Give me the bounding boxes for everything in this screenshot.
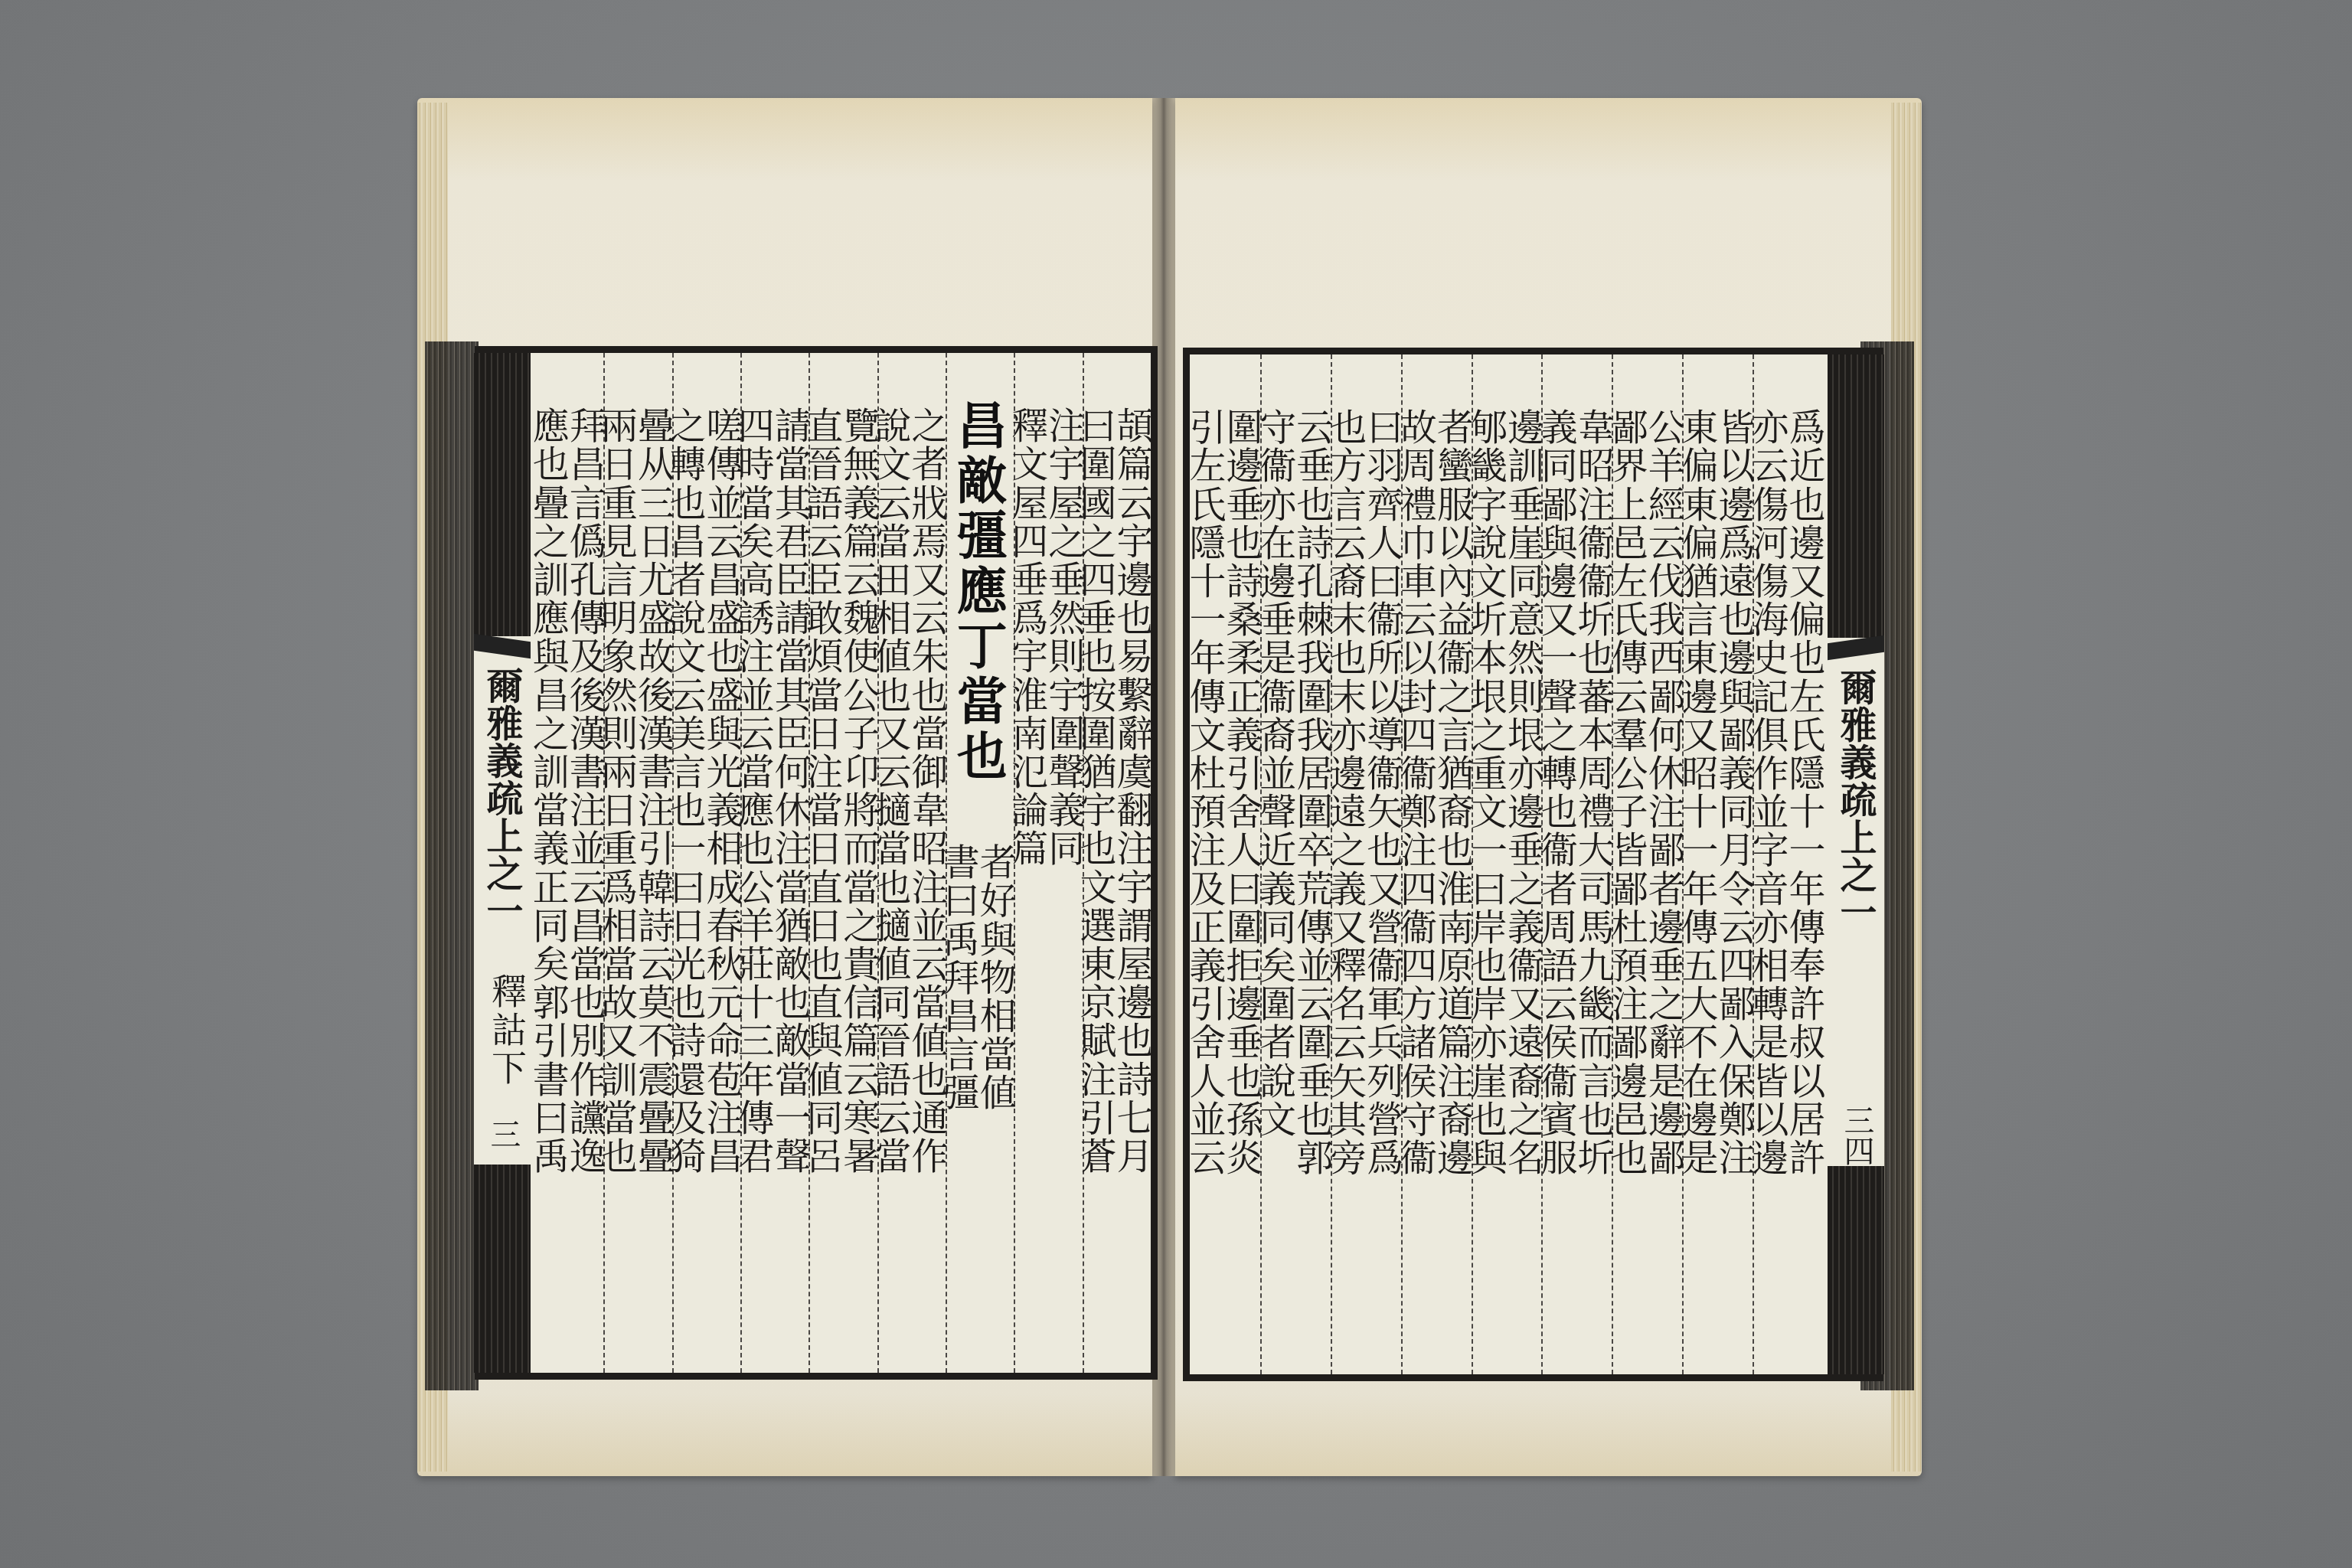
commentary-subcolumn: 拜昌言僞孔傳及後漢書注並云昌當也別作讜逸 [563,407,605,1175]
left-page: 爾雅義疏上之一 釋詁下 三 曰圍國之四垂也按圍猶宇也文選東京賦注引蒼 頡篇云宇邊… [417,98,1152,1476]
commentary-subcolumn: 之者戕焉又云朱也當御韋昭注並云當値也通作 [906,407,947,1175]
commentary-subcolumn: 注宇屋之垂然則宇圍聲義同 [1043,407,1084,867]
commentary-subcolumn: 皆以邊爲遠也邊與鄙義同月令云四鄙入保鄭注 [1713,408,1754,1177]
commentary-subcolumn: 者好與物相當値 [974,843,1015,1112]
upper-fishtail-icon [1828,635,1884,660]
commentary-subcolumn: 韋昭注衞衞圻也蕃本周禮大司馬九畿而言也圻 [1572,408,1613,1177]
lower-black-mouth [474,1165,531,1373]
commentary-subcolumn: 頡篇云宇邊也易繫辭虞翻注宇謂屋邊也詩七月 [1111,407,1152,1175]
text-column: 直晉語云臣敢煩當日注當日直日也直與値同呂 覽無義篇云魏使公子卬將而當之貴信篇云寒… [808,353,877,1373]
text-column: 應也曡之訓應與昌之訓當義正同矣郭引書曰禹 拜昌言僞孔傳及後漢書注並云昌當也別作讜… [535,353,603,1373]
banner-book-title: 爾雅義疏上之一 [479,667,524,929]
banner-book-title: 爾雅義疏上之一 [1832,668,1878,931]
commentary-subcolumn: 者蠻服以內益衞之言猶裔也淮南原道篇注裔邊 [1432,408,1473,1177]
commentary-subcolumn: 覽無義篇云魏使公子卬將而當之貴信篇云寒暑 [838,407,879,1175]
commentary-subcolumn: 曡从三日尤盛故後漢書注引韓詩云莫不震曡曡 [632,407,674,1175]
right-fishtail-banner: 爾雅義疏上之一 三四 [1828,354,1884,1374]
commentary-subcolumn: 公羊經云伐我西鄙何休注鄙者邊垂之辭是邊鄙 [1642,408,1684,1177]
text-column: 亦云傷河傷海史記俱作並字音亦相轉是皆以邊 爲近也邊又偏也左氏隱十一年傳奉許叔以居… [1753,354,1823,1374]
text-column: 引左氏隱十一年傳文杜預注及正義引舍人並云 圍邊垂也詩桑柔正義引舍人曰圍拒邊垂也孫… [1190,354,1260,1374]
right-page: 爾雅義疏上之一 三四 亦云傷河傷海史記俱作並字音亦相轉是皆以邊 爲近也邊又偏也左… [1175,98,1922,1476]
commentary-subcolumn: 曰羽齊人曰衞所以導衞矢也又營衞軍兵列營爲 [1361,408,1403,1177]
text-column: 故周禮巾車云以封四衞鄭注四衞四方諸侯守衞 者蠻服以內益衞之言猶裔也淮南原道篇注裔… [1401,354,1472,1374]
upper-black-mouth [474,353,531,636]
left-banner-edge-stack [425,341,479,1390]
left-text-frame: 爾雅義疏上之一 釋詁下 三 曰圍國之四垂也按圍猶宇也文選東京賦注引蒼 頡篇云宇邊… [475,346,1158,1380]
text-column: 鄙界上邑左氏傳云羣公子皆鄙杜預注鄙邊邑也 公羊經云伐我西鄙何休注鄙者邊垂之辭是邊… [1612,354,1682,1374]
commentary-subcolumn: 圍邊垂也詩桑柔正義引舍人曰圍拒邊垂也孫炎 [1220,408,1262,1177]
commentary-subcolumn: 邊訓垂崖同意然則垠亦邊垂之義衞又遠裔之名 [1501,408,1543,1177]
commentary-subcolumn: 嗟傳並云昌盛也盛與光義相成春秋元命苞注昌 [701,407,742,1175]
text-column: 郇畿字說文圻本垠之重文一曰岸也岸亦崖也與 邊訓垂崖同意然則垠亦邊垂之義衞又遠裔之… [1472,354,1542,1374]
text-column: 義同鄙與邊又一聲之轉也衞者周語云侯衞賓服 韋昭注衞衞圻也蕃本周禮大司馬九畿而言也… [1541,354,1612,1374]
upper-black-mouth [1828,354,1884,638]
text-column: 兩日重見言明象然則兩日重爲相當故又訓當也 曡从三日尤盛故後漢書注引韓詩云莫不震曡… [603,353,671,1373]
heading-column: 昌敵彊應丁當也 書曰禹拜昌言彊 者好與物相當値 [946,353,1014,1373]
upper-fishtail-icon [474,634,531,658]
commentary-subcolumn: 請當其君臣請當其臣何休注當猶敵也敵當一聲 [769,407,810,1175]
lower-black-mouth [1828,1166,1884,1374]
text-column: 說文云當田相値也又云擿當也擿値同晉語云當 之者戕焉又云朱也當御韋昭注並云當値也通… [877,353,946,1373]
banner-page-number: 三 [482,1119,525,1149]
text-column: 之轉也昌者說文云美言也一曰日光也詩還及猗 嗟傳並云昌盛也盛與光義相成春秋元命苞注… [672,353,740,1373]
text-column: 四時當矣高誘注並云當應也公羊莊十三年傳君 請當其君臣請當其臣何休注當猶敵也敵當一… [740,353,808,1373]
entry-heading: 昌敵彊應丁當也 [949,399,1006,785]
banner-section-label: 釋詁下 [482,973,532,1088]
right-text-frame: 爾雅義疏上之一 三四 亦云傷河傷海史記俱作並字音亦相轉是皆以邊 爲近也邊又偏也左… [1183,348,1883,1381]
commentary-subcolumn: 引左氏隱十一年傳文杜預注及正義引舍人並云 [1184,408,1225,1177]
open-book: 爾雅義疏上之一 釋詁下 三 曰圍國之四垂也按圍猶宇也文選東京賦注引蒼 頡篇云宇邊… [417,98,1922,1476]
right-text-columns: 亦云傷河傷海史記俱作並字音亦相轉是皆以邊 爲近也邊又偏也左氏隱十一年傳奉許叔以居… [1190,354,1823,1374]
text-column: 也方言云裔末也末亦邊遠之義又釋名云矢其旁 曰羽齊人曰衞所以導衞矢也又營衞軍兵列營… [1331,354,1401,1374]
text-column: 守衞亦在邊垂是衞裔並聲近義同矣圍者說文 云垂也詩孔棘我圍我居圍卒荒傳並云圍垂也郭 [1260,354,1331,1374]
commentary-subcolumn: 爲近也邊又偏也左氏隱十一年傳奉許叔以居許 [1783,408,1824,1177]
commentary-subcolumn: 應也曡之訓應與昌之訓當義正同矣郭引書曰禹 [527,407,568,1175]
left-fishtail-banner: 爾雅義疏上之一 釋詁下 三 [474,353,531,1373]
banner-page-number: 三四 [1835,1105,1879,1166]
text-column: 曰圍國之四垂也按圍猶宇也文選東京賦注引蒼 頡篇云宇邊也易繫辭虞翻注宇謂屋邊也詩七… [1083,353,1151,1373]
left-text-columns: 曰圍國之四垂也按圍猶宇也文選東京賦注引蒼 頡篇云宇邊也易繫辭虞翻注宇謂屋邊也詩七… [535,353,1151,1373]
text-column: 東偏東偏猶言東邊又昭十一年傳五大不在邊是 皆以邊爲遠也邊與鄙義同月令云四鄙入保鄭… [1682,354,1753,1374]
commentary-subcolumn: 云垂也詩孔棘我圍我居圍卒荒傳並云圍垂也郭 [1291,408,1332,1177]
text-column: 釋文屋四垂爲宇淮南氾論篇 注宇屋之垂然則宇圍聲義同 [1014,353,1082,1373]
